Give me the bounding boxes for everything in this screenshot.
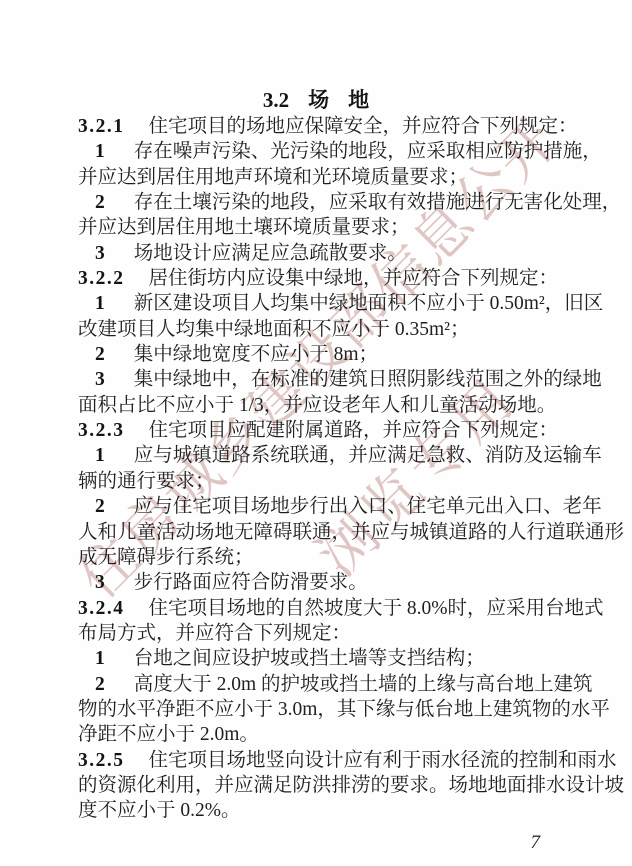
line-text: 住宅项目场地竖向设计应有利于雨水径流的控制和雨水 xyxy=(149,750,617,771)
line-text: 人和儿童活动场地无障碍联通，并应与城镇道路的人行道联通形 xyxy=(78,522,624,543)
line-text: 成无障碍步行系统； xyxy=(78,547,254,568)
line-text: 辆的通行要求； xyxy=(78,471,215,492)
line-text: 应与城镇道路系统联通，并应满足急救、消防及运输车 xyxy=(134,445,602,466)
line-text: 场地设计应满足应急疏散要求。 xyxy=(134,243,407,264)
text-line: 物的水平净距不应小于 3.0m，其下缘与低台地上建筑物的水平 xyxy=(78,697,558,722)
text-line: 改建项目人均集中绿地面积不应小于 0.35m²； xyxy=(78,317,558,342)
line-text: 并应达到居住用地声环境和光环境质量要求； xyxy=(78,167,468,188)
line-text: 集中绿地宽度不应小于 8m； xyxy=(134,344,378,365)
document-page: 住房城乡建设部信息公开 浏览专用 3.2场地 3.2.1住宅项目的场地应保障安全… xyxy=(0,0,632,866)
text-line: 辆的通行要求； xyxy=(78,469,558,494)
text-line: 1台地之间应设护坡或挡土墙等支挡结构； xyxy=(78,646,558,671)
item-number: 2 xyxy=(95,674,105,695)
section-title-char-1: 场 xyxy=(308,88,329,112)
text-line: 2应与住宅项目场地步行出入口、住宅单元出入口、老年 xyxy=(78,494,558,519)
line-text: 面积占比不应小于 1/3，并应设老年人和儿童活动场地。 xyxy=(78,395,556,416)
text-line: 布局方式，并应符合下列规定： xyxy=(78,621,558,646)
text-line: 面积占比不应小于 1/3，并应设老年人和儿童活动场地。 xyxy=(78,393,558,418)
item-number: 3 xyxy=(95,243,105,264)
item-number: 3 xyxy=(95,369,105,390)
text-line: 人和儿童活动场地无障碍联通，并应与城镇道路的人行道联通形 xyxy=(78,520,558,545)
document-body: 3.2.1住宅项目的场地应保障安全，并应符合下列规定：1存在噪声污染、光污染的地… xyxy=(78,114,558,824)
text-line: 1应与城镇道路系统联通，并应满足急救、消防及运输车 xyxy=(78,443,558,468)
text-line: 的资源化利用，并应满足防洪排涝的要求。场地地面排水设计坡 xyxy=(78,773,558,798)
clause-number: 3.2.3 xyxy=(78,420,125,441)
text-line: 3.2.5住宅项目场地竖向设计应有利于雨水径流的控制和雨水 xyxy=(78,748,558,773)
clause-number: 3.2.2 xyxy=(78,268,125,289)
item-number: 3 xyxy=(95,572,105,593)
text-line: 并应达到居住用地土壤环境质量要求； xyxy=(78,215,558,240)
line-text: 物的水平净距不应小于 3.0m，其下缘与低台地上建筑物的水平 xyxy=(78,699,610,720)
line-text: 住宅项目的场地应保障安全，并应符合下列规定： xyxy=(149,116,578,137)
item-number: 2 xyxy=(95,496,105,517)
item-number: 1 xyxy=(95,293,105,314)
item-number: 2 xyxy=(95,344,105,365)
line-text: 集中绿地中，在标准的建筑日照阴影线范围之外的绿地 xyxy=(134,369,602,390)
clause-number: 3.2.4 xyxy=(78,598,125,619)
clause-number: 3.2.5 xyxy=(78,750,125,771)
item-number: 2 xyxy=(95,192,105,213)
text-line: 3.2.1住宅项目的场地应保障安全，并应符合下列规定： xyxy=(78,114,558,139)
text-line: 1存在噪声污染、光污染的地段，应采取相应防护措施， xyxy=(78,139,558,164)
section-number: 3.2 xyxy=(263,88,289,112)
line-text: 步行路面应符合防滑要求。 xyxy=(134,572,368,593)
line-text: 住宅项目场地的自然坡度大于 8.0%时，应采用台地式 xyxy=(149,598,604,619)
line-text: 高度大于 2.0m 的护坡或挡土墙的上缘与高台地上建筑 xyxy=(134,674,593,695)
line-text: 居住街坊内应设集中绿地，并应符合下列规定： xyxy=(149,268,559,289)
item-number: 1 xyxy=(95,648,105,669)
text-line: 1新区建设项目人均集中绿地面积不应小于 0.50m²，旧区 xyxy=(78,291,558,316)
line-text: 净距不应小于 2.0m。 xyxy=(78,724,259,745)
line-text: 新区建设项目人均集中绿地面积不应小于 0.50m²，旧区 xyxy=(134,293,604,314)
line-text: 布局方式，并应符合下列规定： xyxy=(78,623,351,644)
line-text: 的资源化利用，并应满足防洪排涝的要求。场地地面排水设计坡 xyxy=(78,775,624,796)
text-line: 2集中绿地宽度不应小于 8m； xyxy=(78,342,558,367)
text-line: 3.2.3住宅项目应配建附属道路，并应符合下列规定： xyxy=(78,418,558,443)
text-line: 度不应小于 0.2%。 xyxy=(78,798,558,823)
line-text: 应与住宅项目场地步行出入口、住宅单元出入口、老年 xyxy=(134,496,602,517)
text-line: 净距不应小于 2.0m。 xyxy=(78,722,558,747)
text-line: 3场地设计应满足应急疏散要求。 xyxy=(78,241,558,266)
text-line: 3集中绿地中，在标准的建筑日照阴影线范围之外的绿地 xyxy=(78,367,558,392)
item-number: 1 xyxy=(95,141,105,162)
line-text: 住宅项目应配建附属道路，并应符合下列规定： xyxy=(149,420,559,441)
line-text: 存在土壤污染的地段，应采取有效措施进行无害化处理， xyxy=(134,192,622,213)
text-line: 并应达到居住用地声环境和光环境质量要求； xyxy=(78,165,558,190)
item-number: 1 xyxy=(95,445,105,466)
line-text: 并应达到居住用地土壤环境质量要求； xyxy=(78,217,410,238)
section-heading: 3.2场地 xyxy=(0,84,632,114)
text-line: 2高度大于 2.0m 的护坡或挡土墙的上缘与高台地上建筑 xyxy=(78,672,558,697)
text-line: 3.2.4住宅项目场地的自然坡度大于 8.0%时，应采用台地式 xyxy=(78,596,558,621)
line-text: 台地之间应设护坡或挡土墙等支挡结构； xyxy=(134,648,485,669)
line-text: 存在噪声污染、光污染的地段，应采取相应防护措施， xyxy=(134,141,602,162)
section-title-char-2: 地 xyxy=(348,88,369,112)
clause-number: 3.2.1 xyxy=(78,116,125,137)
text-line: 成无障碍步行系统； xyxy=(78,545,558,570)
text-line: 3步行路面应符合防滑要求。 xyxy=(78,570,558,595)
line-text: 度不应小于 0.2%。 xyxy=(78,800,241,821)
text-line: 3.2.2居住街坊内应设集中绿地，并应符合下列规定： xyxy=(78,266,558,291)
line-text: 改建项目人均集中绿地面积不应小于 0.35m²； xyxy=(78,319,470,340)
page-number: 7 xyxy=(531,832,541,854)
text-line: 2存在土壤污染的地段，应采取有效措施进行无害化处理， xyxy=(78,190,558,215)
